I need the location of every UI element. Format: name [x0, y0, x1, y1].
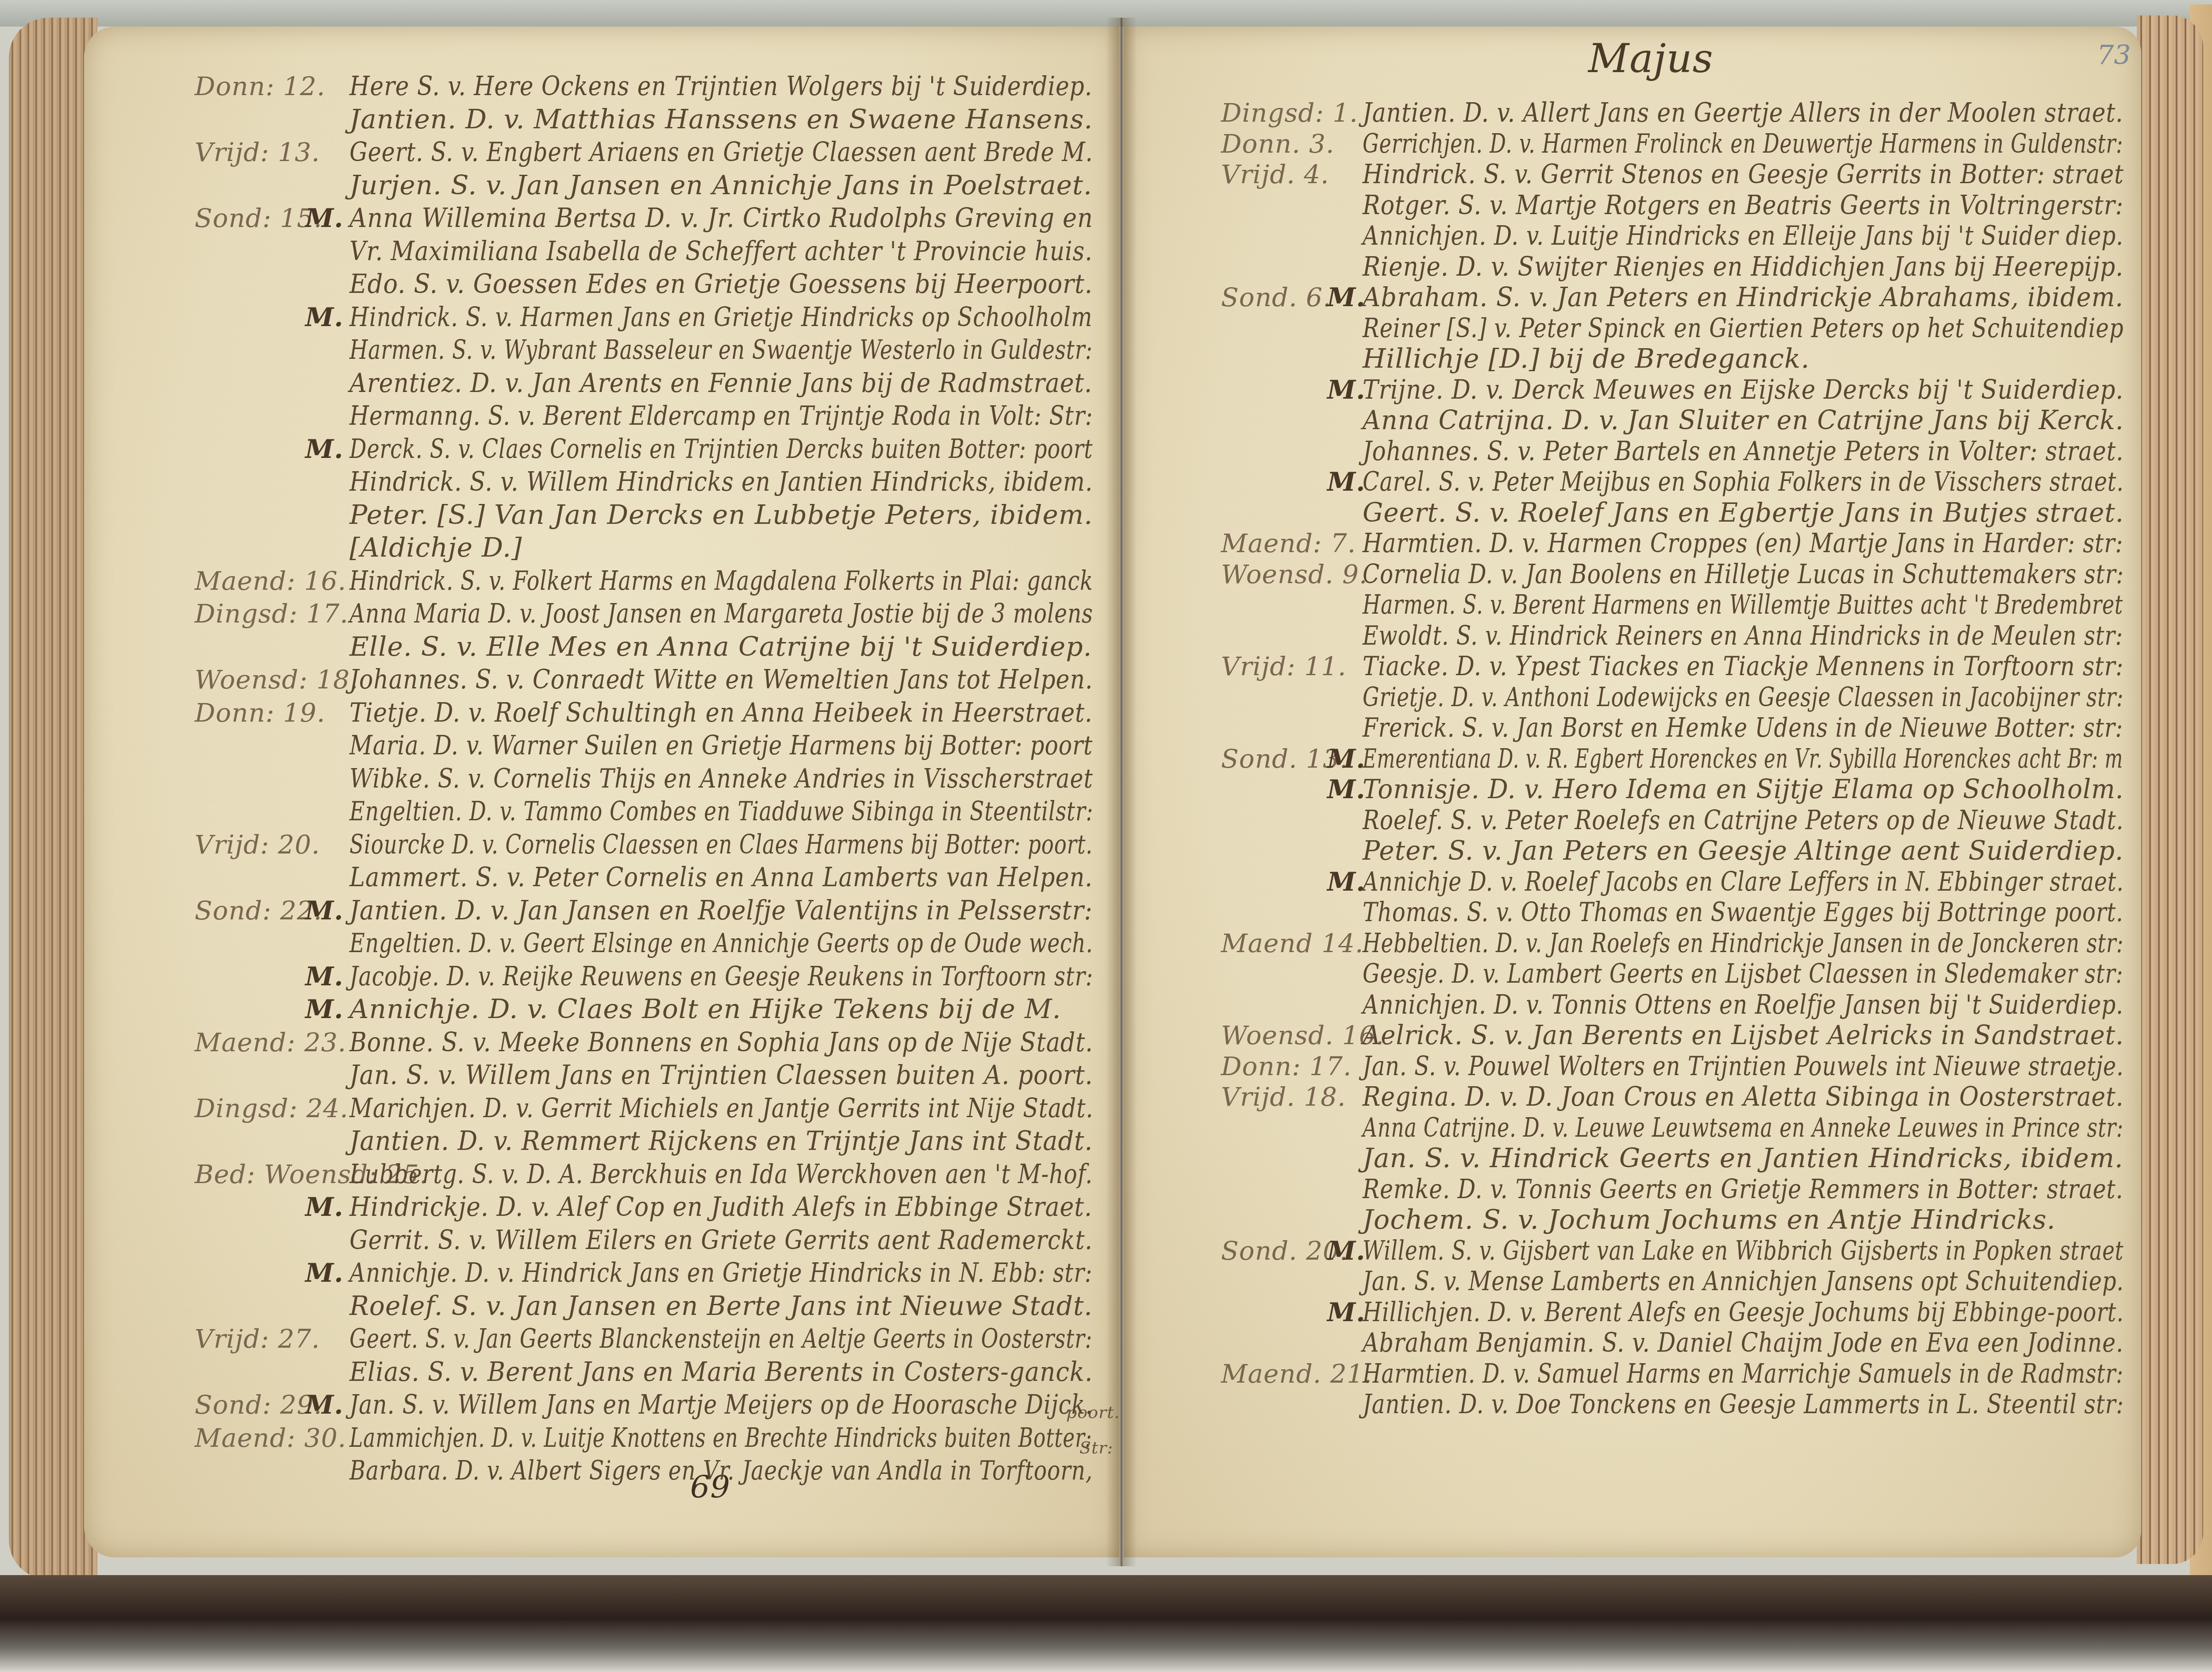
- entry-date: Sond: 15.: [195, 203, 322, 234]
- entry-date: Vrijd: 11.: [1221, 651, 1347, 682]
- entry-date: Woensd. 16.: [1221, 1020, 1384, 1051]
- entry-text: Jurjen. S. v. Jan Jansen en Annichje Jan…: [349, 170, 1092, 201]
- entry-marker: M.: [1327, 774, 1365, 805]
- entry-text: Hindrick. S. v. Gerrit Stenos en Geesje …: [1363, 159, 2124, 190]
- entry-text: Jacobje. D. v. Reijke Reuwens en Geesje …: [349, 961, 1093, 992]
- entry-marker: M.: [305, 1192, 343, 1222]
- entry-date: Vrijd. 18.: [1221, 1081, 1346, 1112]
- entry-text: Lubbertg. S. v. D. A. Berckhuis en Ida W…: [349, 1159, 1093, 1190]
- entry-text: Siourcke D. v. Cornelis Claessen en Clae…: [349, 829, 1093, 860]
- entry-marker: M.: [305, 1257, 343, 1288]
- entry-text: Hillichjen. D. v. Berent Alefs en Geesje…: [1363, 1297, 2124, 1328]
- entry-date: Maend: 30.: [195, 1422, 346, 1453]
- entry-date: Woensd: 18.: [195, 664, 358, 695]
- entry-text: Geesje. D. v. Lambert Geerts en Lijsbet …: [1363, 958, 2123, 989]
- entry-text: Tonnisje. D. v. Hero Idema en Sijtje Ela…: [1363, 774, 2124, 805]
- entry-date: Maend 14.: [1221, 928, 1363, 959]
- entry-text: Grietje. D. v. Anthoni Lodewijcks en Gee…: [1363, 682, 2124, 713]
- entry-text: [Aldichje D.]: [349, 532, 522, 563]
- entry-marker: M.: [1327, 466, 1365, 497]
- entry-text: Anna Catrijna. D. v. Jan Sluiter en Catr…: [1363, 405, 2124, 436]
- entry-text: Johannes. S. v. Peter Bartels en Annetje…: [1363, 436, 2124, 467]
- folio-number: 73: [2097, 40, 2131, 71]
- entry-text: Peter. [S.] Van Jan Dercks en Lubbetje P…: [349, 500, 1093, 530]
- entry-date: Vrijd: 13.: [195, 137, 320, 168]
- entry-date: Maend: 7.: [1221, 528, 1356, 559]
- entry-text: Rienje. D. v. Swijter Rienjes en Hiddich…: [1363, 251, 2124, 282]
- entry-text: Geert. S. v. Roelef Jans en Egbertje Jan…: [1363, 497, 2124, 528]
- entry-text: Thomas. S. v. Otto Thomas en Swaentje Eg…: [1363, 897, 2124, 928]
- entry-text: Jantien. D. v. Remmert Rijckens en Trijn…: [349, 1126, 1093, 1157]
- entry-marker: M.: [1327, 1297, 1365, 1328]
- entry-date: Maend. 21.: [1221, 1358, 1372, 1389]
- entry-text: Harmtien. D. v. Samuel Harms en Marrichj…: [1363, 1358, 2124, 1389]
- entry-text: Harmen. S. v. Wybrant Basseleur en Swaen…: [349, 334, 1093, 365]
- entry-text: Here S. v. Here Ockens en Trijntien Wolg…: [349, 71, 1092, 102]
- entry-text: Reiner [S.] v. Peter Spinck en Giertien …: [1363, 313, 2124, 344]
- entry-text: Jan. S. v. Hindrick Geerts en Jantien Hi…: [1363, 1143, 2124, 1174]
- entry-text: Hindrick. S. v. Willem Hindricks en Jant…: [349, 466, 1093, 497]
- entry-text: Jantien. D. v. Doe Tonckens en Geesje La…: [1363, 1389, 2124, 1420]
- entry-text: Anna Willemina Bertsa D. v. Jr. Cirtko R…: [349, 203, 1093, 234]
- entry-marker: M.: [305, 434, 343, 465]
- entry-text: Marichjen. D. v. Gerrit Michiels en Jant…: [349, 1093, 1093, 1124]
- entry-text: Jan. S. v. Willem Jans en Martje Meijers…: [349, 1389, 1093, 1420]
- entry-text: Hermanng. S. v. Berent Eldercamp en Trij…: [349, 400, 1093, 431]
- entry-text: Frerick. S. v. Jan Borst en Hemke Udens …: [1363, 712, 2123, 743]
- entry-text: Cornelia D. v. Jan Boolens en Hilletje L…: [1363, 559, 2124, 590]
- entry-text: Willem. S. v. Gijsbert van Lake en Wibbr…: [1363, 1235, 2124, 1266]
- entry-text: Vr. Maximiliana Isabella de Scheffert ac…: [349, 236, 1093, 267]
- entry-text: Geert. S. v. Engbert Ariaens en Grietje …: [349, 137, 1093, 168]
- entry-text: Hebbeltien. D. v. Jan Roelefs en Hindric…: [1363, 928, 2124, 959]
- month-heading: Majus: [1588, 35, 1713, 82]
- entry-text: Roelef. S. v. Jan Jansen en Berte Jans i…: [349, 1291, 1093, 1322]
- entry-text: Arentiez. D. v. Jan Arents en Fennie Jan…: [349, 368, 1092, 399]
- entry-marker: M.: [1327, 743, 1365, 774]
- entry-text: Johannes. S. v. Conraedt Witte en Wemelt…: [349, 664, 1093, 695]
- entry-text: Anna Catrijne. D. v. Leuwe Leuwtsema en …: [1363, 1112, 2124, 1143]
- entry-marker: M.: [305, 203, 343, 234]
- entry-text: Rotger. S. v. Martje Rotgers en Beatris …: [1363, 190, 2124, 221]
- entry-date: Maend: 23.: [195, 1027, 346, 1058]
- entry-text: Abraham. S. v. Jan Peters en Hindrickje …: [1363, 282, 2124, 313]
- entry-text: Barbara. D. v. Albert Sigers en Vr. Jaec…: [349, 1455, 1093, 1486]
- entry-date: Dingsd: 24.: [195, 1093, 349, 1124]
- entry-date: Donn: 12.: [195, 71, 325, 102]
- entry-marker: M.: [305, 302, 343, 333]
- entry-text: Hillichje [D.] bij de Bredeganck.: [1363, 343, 1810, 374]
- entry-text: Hindrick. S. v. Harmen Jans en Grietje H…: [349, 302, 1092, 333]
- entry-date: Donn. 3.: [1221, 128, 1334, 159]
- entry-text: Abraham Benjamin. S. v. Daniel Chaijm Jo…: [1363, 1327, 2124, 1358]
- entry-text: Annichjen. D. v. Tonnis Ottens en Roelfj…: [1363, 989, 2124, 1020]
- entry-text: Jan. S. v. Willem Jans en Trijntien Clae…: [349, 1060, 1093, 1091]
- book-gutter: [1106, 18, 1137, 1566]
- entry-marker: M.: [1327, 374, 1365, 405]
- entry-text: Jantien. D. v. Jan Jansen en Roelfje Val…: [349, 895, 1093, 926]
- entry-text: Tiacke. D. v. Ypest Tiackes en Tiackje M…: [1363, 651, 2124, 682]
- entry-text: Elle. S. v. Elle Mes en Anna Catrijne bi…: [349, 631, 1092, 662]
- entry-text: Jantien. D. v. Allert Jans en Geertje Al…: [1363, 97, 2123, 128]
- entry-text: Ewoldt. S. v. Hindrick Reiners en Anna H…: [1363, 620, 2123, 651]
- entry-text: Harmtien. D. v. Harmen Croppes (en) Mart…: [1363, 528, 2123, 559]
- entry-date: Maend: 16.: [195, 565, 346, 596]
- entry-text: Hindrickje. D. v. Alef Cop en Judith Ale…: [349, 1192, 1092, 1222]
- entry-date: Woensd. 9.: [1221, 559, 1367, 590]
- entry-text: Derck. S. v. Claes Cornelis en Trijntien…: [349, 434, 1093, 465]
- entry-text: Hindrick. S. v. Folkert Harms en Magdale…: [349, 565, 1093, 596]
- entry-text: Annichje. D. v. Claes Bolt en Hijke Teke…: [349, 994, 1061, 1025]
- entry-text: Jan. S. v. Pouwel Wolters en Trijntien P…: [1363, 1051, 2124, 1082]
- entry-text: Lammert. S. v. Peter Cornelis en Anna La…: [349, 862, 1093, 893]
- entry-text: Jochem. S. v. Jochum Jochums en Antje Hi…: [1363, 1204, 2056, 1235]
- entry-text: Geert. S. v. Jan Geerts Blanckensteijn e…: [349, 1323, 1092, 1354]
- entry-text: Annichje. D. v. Hindrick Jans en Grietje…: [349, 1257, 1093, 1288]
- entry-text: Elias. S. v. Berent Jans en Maria Berent…: [349, 1357, 1093, 1388]
- entry-text: Regina. D. v. D. Joan Crous en Aletta Si…: [1363, 1081, 2124, 1112]
- entry-text: Maria. D. v. Warner Suilen en Grietje Ha…: [349, 730, 1093, 761]
- entry-text: Gerrit. S. v. Willem Eilers en Griete Ge…: [349, 1225, 1093, 1256]
- entry-text: Bonne. S. v. Meeke Bonnens en Sophia Jan…: [349, 1027, 1093, 1058]
- entry-date: Vrijd: 20.: [195, 829, 320, 860]
- entry-marker: M.: [305, 961, 343, 992]
- entry-text: Remke. D. v. Tonnis Geerts en Grietje Re…: [1363, 1174, 2123, 1205]
- entry-text: Carel. S. v. Peter Meijbus en Sophia Fol…: [1363, 466, 2124, 497]
- entry-text: Aelrick. S. v. Jan Berents en Lijsbet Ae…: [1363, 1020, 2124, 1051]
- entry-date: Vrijd: 27.: [195, 1323, 320, 1354]
- entry-text: Harmen. S. v. Berent Harmens en Willemtj…: [1363, 589, 2123, 620]
- entry-text: Jan. S. v. Mense Lamberts en Annichjen J…: [1363, 1266, 2124, 1297]
- entry-text: Tietje. D. v. Roelf Schultingh en Anna H…: [349, 697, 1093, 728]
- entry-text: Annichje D. v. Roelef Jacobs en Clare Le…: [1363, 866, 2124, 897]
- entry-marker: M.: [305, 1389, 343, 1420]
- entry-date: Donn: 19.: [195, 697, 325, 728]
- page-stack-right: [2137, 15, 2203, 1564]
- entry-text: Lammichjen. D. v. Luitje Knottens en Bre…: [349, 1422, 1092, 1453]
- entry-text: Engeltien. D. v. Geert Elsinge en Annich…: [349, 928, 1093, 959]
- entry-date: Vrijd. 4.: [1221, 159, 1329, 190]
- entry-text: Anna Maria D. v. Joost Jansen en Margare…: [349, 598, 1093, 629]
- scan-backdrop-bottom: [0, 1575, 2212, 1672]
- entry-date: Dingsd: 1.: [1221, 97, 1358, 128]
- entry-date: Donn: 17.: [1221, 1051, 1352, 1082]
- entry-text: Trijne. D. v. Derck Meuwes en Eijske Der…: [1363, 374, 2124, 405]
- entry-text: Emerentiana D. v. R. Egbert Horenckes en…: [1363, 743, 2123, 774]
- entry-date: Sond. 6.: [1221, 282, 1331, 313]
- entry-text: Wibke. S. v. Cornelis Thijs en Anneke An…: [349, 763, 1093, 794]
- entry-text: Engeltien. D. v. Tammo Combes en Tiadduw…: [349, 796, 1093, 827]
- entry-text: Gerrichjen. D. v. Harmen Frolinck en Deu…: [1363, 128, 2123, 159]
- entry-date: Sond: 29.: [195, 1389, 322, 1420]
- entry-text: Jantien. D. v. Matthias Hanssens en Swae…: [349, 104, 1093, 135]
- entry-text: Annichjen. D. v. Luitje Hindricks en Ell…: [1363, 220, 2124, 251]
- entry-marker: M.: [305, 895, 343, 926]
- entry-marker: M.: [1327, 866, 1365, 897]
- entry-text: Peter. S. v. Jan Peters en Geesje Alting…: [1363, 835, 2124, 866]
- entry-text: Edo. S. v. Goessen Edes en Grietje Goess…: [349, 269, 1093, 300]
- entry-marker: M.: [1327, 1235, 1365, 1266]
- entry-marker: M.: [1327, 282, 1365, 313]
- entry-marker: M.: [305, 994, 343, 1025]
- entry-text: Roelef. S. v. Peter Roelefs en Catrijne …: [1363, 805, 2124, 836]
- entry-date: Dingsd: 17.: [195, 598, 349, 629]
- entry-date: Sond: 22.: [195, 895, 322, 926]
